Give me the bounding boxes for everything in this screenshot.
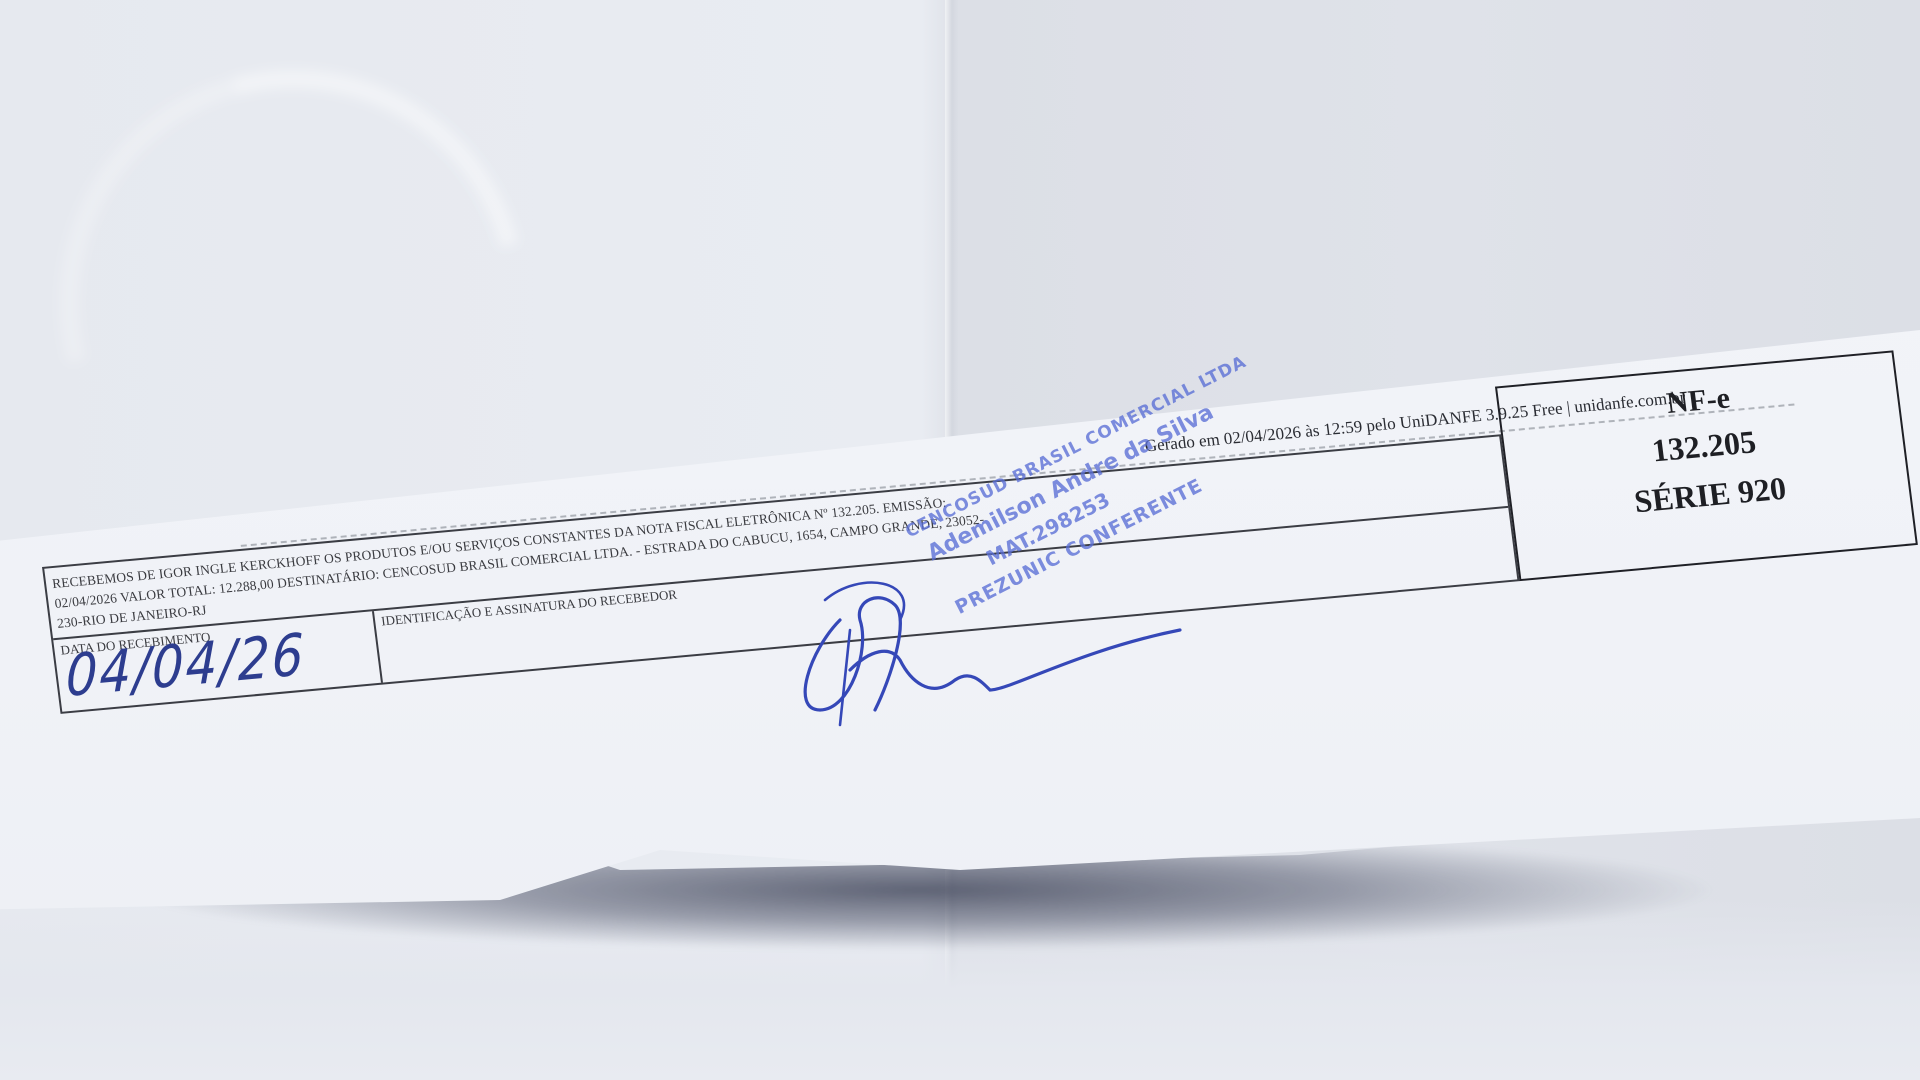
nfe-number-box: NF-e 132.205 SÉRIE 920	[1495, 350, 1918, 581]
handwritten-signature	[780, 560, 1220, 730]
